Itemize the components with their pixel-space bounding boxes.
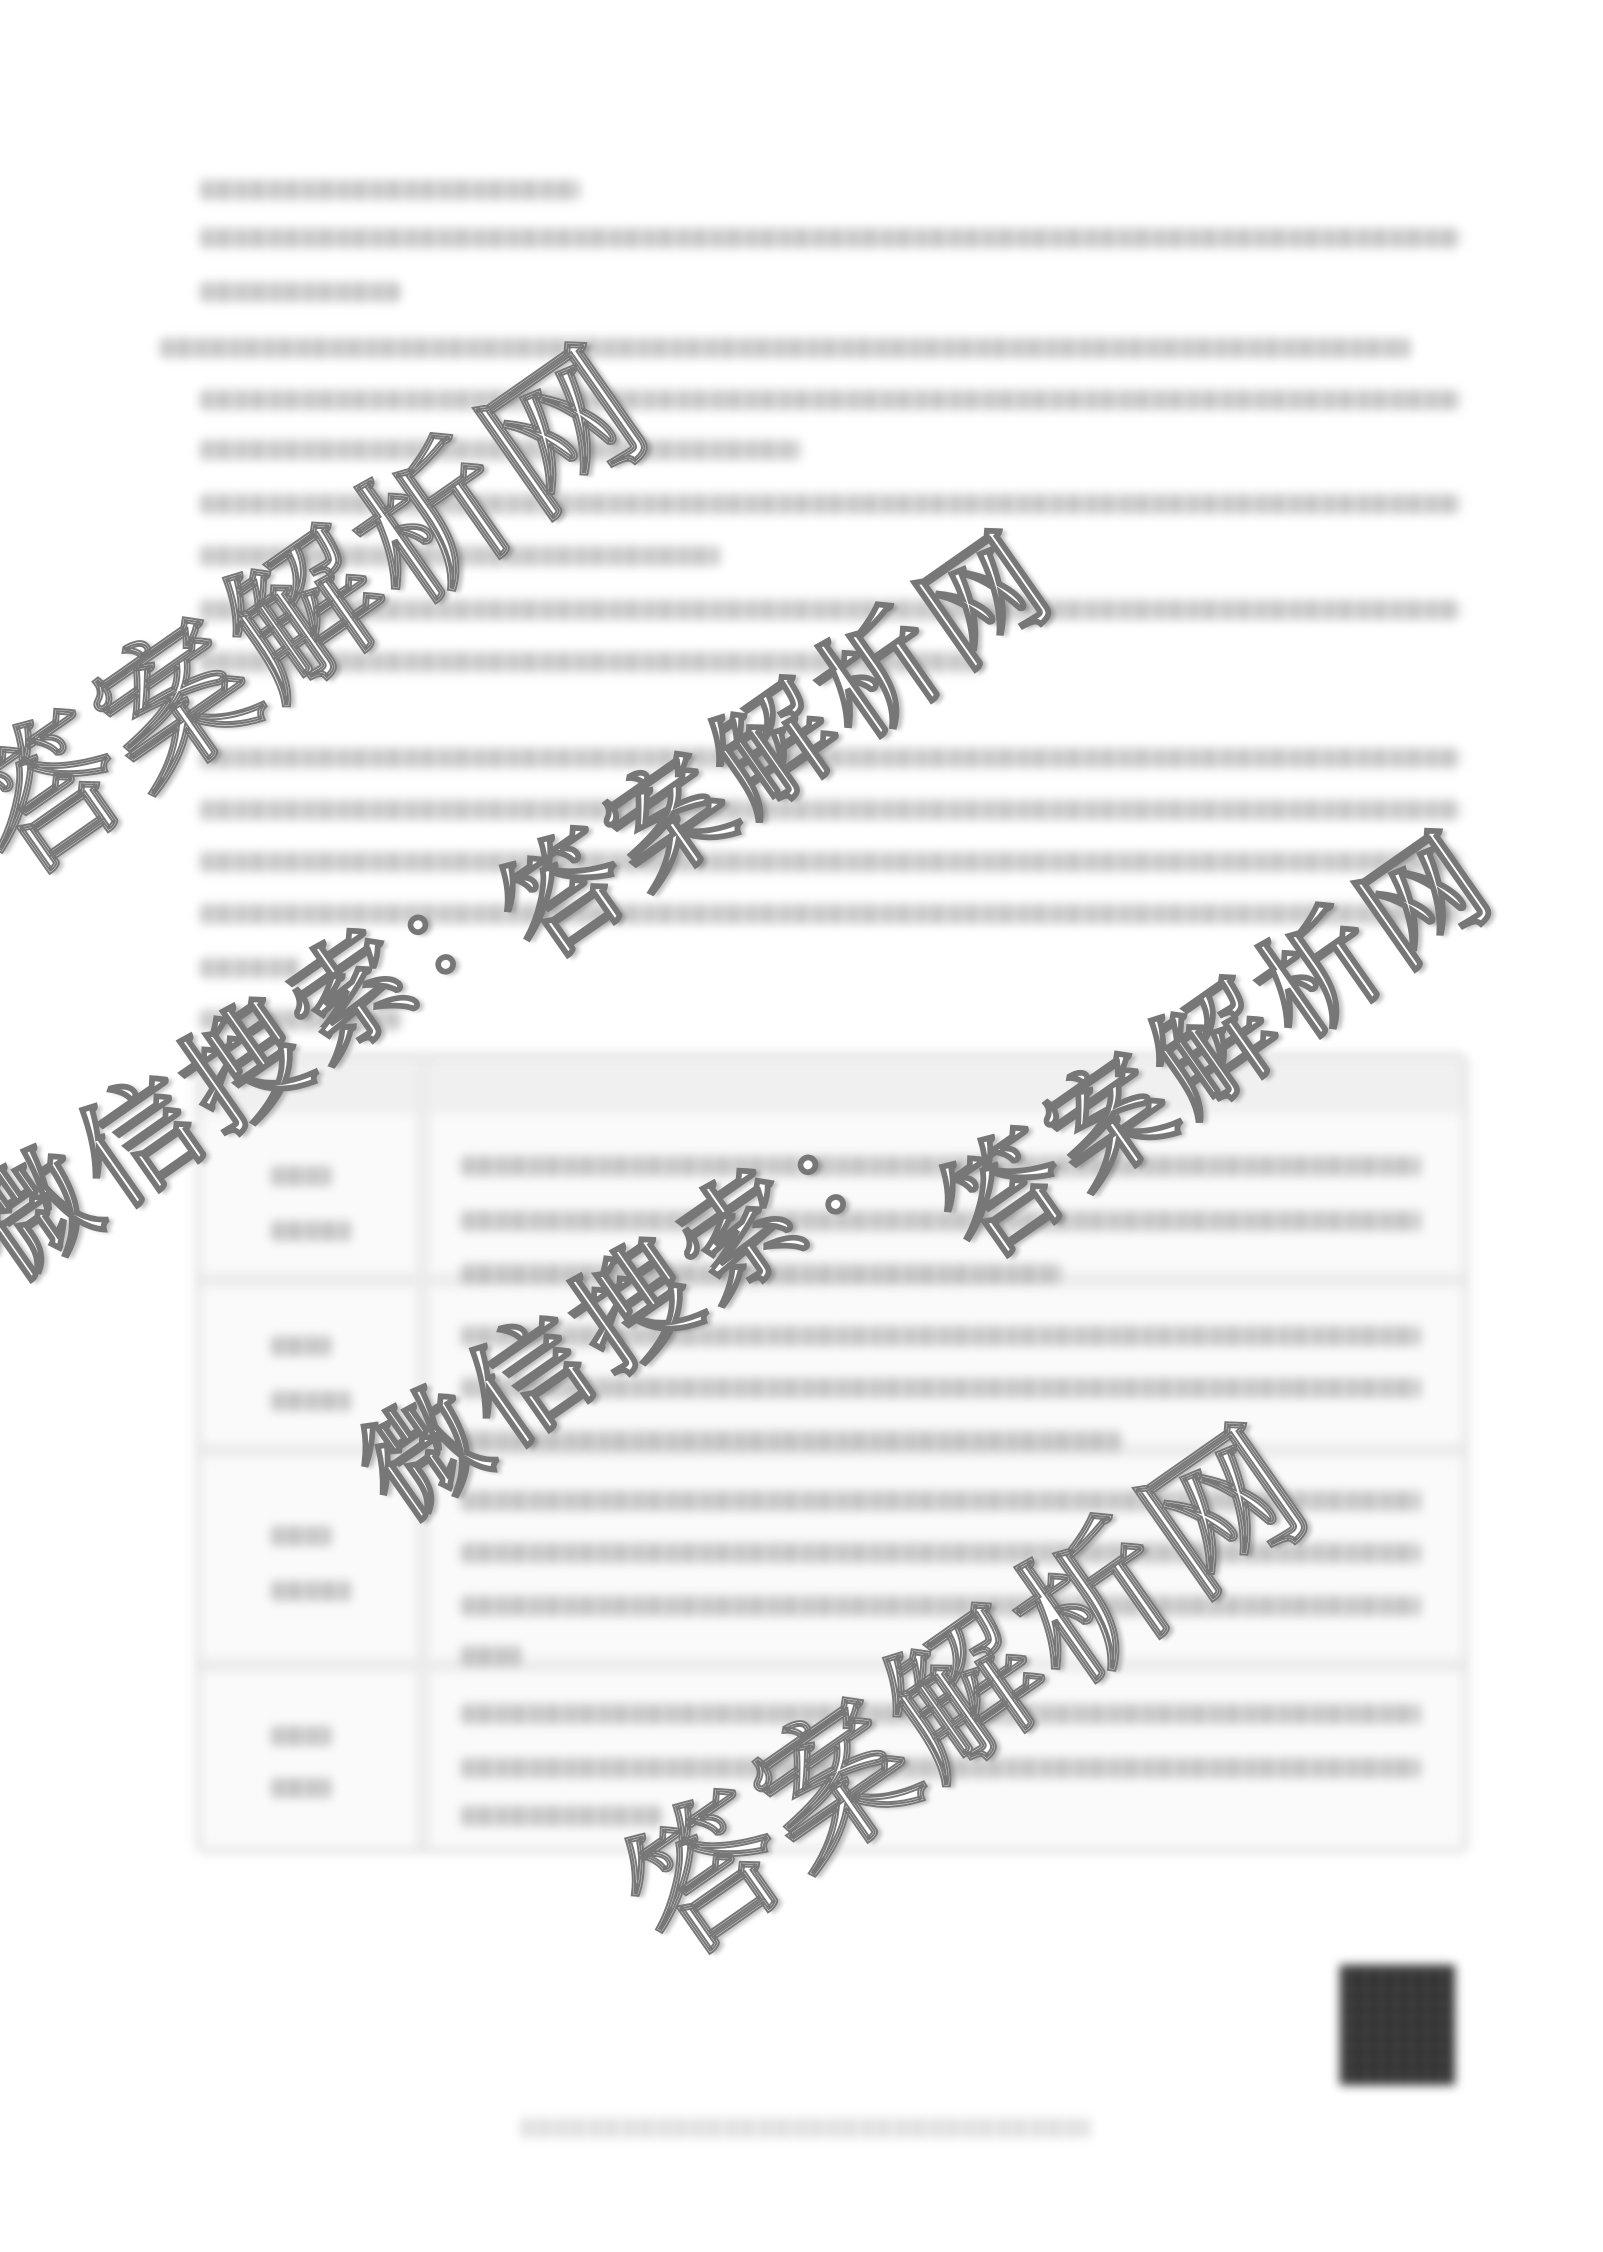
- qr-code: [1340, 1965, 1455, 2085]
- page-footer: [520, 2118, 1090, 2138]
- table-text-line: [271, 1726, 331, 1746]
- text-line: [200, 180, 580, 200]
- table-text-line: [461, 1646, 521, 1666]
- table-text-line: [271, 1221, 351, 1241]
- text-line: [200, 282, 400, 302]
- table-text-line: [271, 1336, 331, 1356]
- table-text-line: [271, 1581, 351, 1601]
- text-line: [160, 338, 1410, 358]
- text-line: [200, 800, 1460, 820]
- text-line: [200, 228, 1460, 248]
- table-text-line: [271, 1526, 331, 1546]
- table-text-line: [271, 1166, 331, 1186]
- table-text-line: [271, 1778, 331, 1798]
